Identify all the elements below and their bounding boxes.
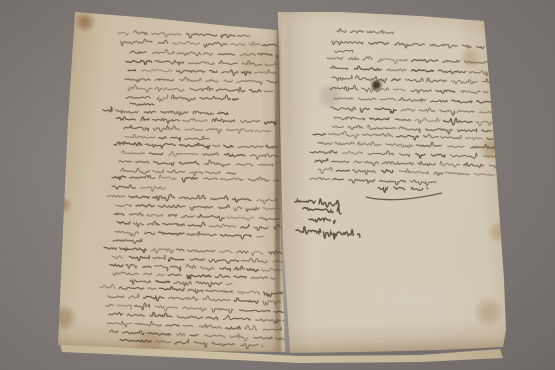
center-fold-shadow xyxy=(275,26,280,354)
center-fold-highlight xyxy=(282,14,296,352)
photograph-of-manuscript xyxy=(0,0,555,370)
ink-blot xyxy=(371,80,383,91)
